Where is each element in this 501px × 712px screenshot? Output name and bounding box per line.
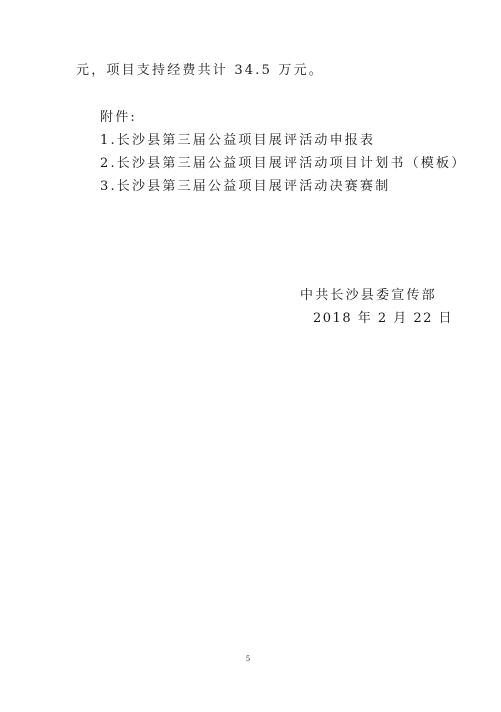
page-number: 5 [246,654,250,663]
attachment-item-3: 3.长沙县第三届公益项目展评活动决赛赛制 [100,179,390,195]
attachment-item-2: 2.长沙县第三届公益项目展评活动项目计划书（模板） [100,156,466,172]
attachment-item-1: 1.长沙县第三届公益项目展评活动申报表 [100,133,375,149]
attachments-heading: 附件: [100,110,137,126]
body-paragraph-continuation: 元，项目支持经费共计 34.5 万元。 [76,63,324,79]
signature-date: 2018 年 2 月 22 日 [313,311,453,327]
signature-organization: 中共长沙县委宣传部 [300,288,437,304]
